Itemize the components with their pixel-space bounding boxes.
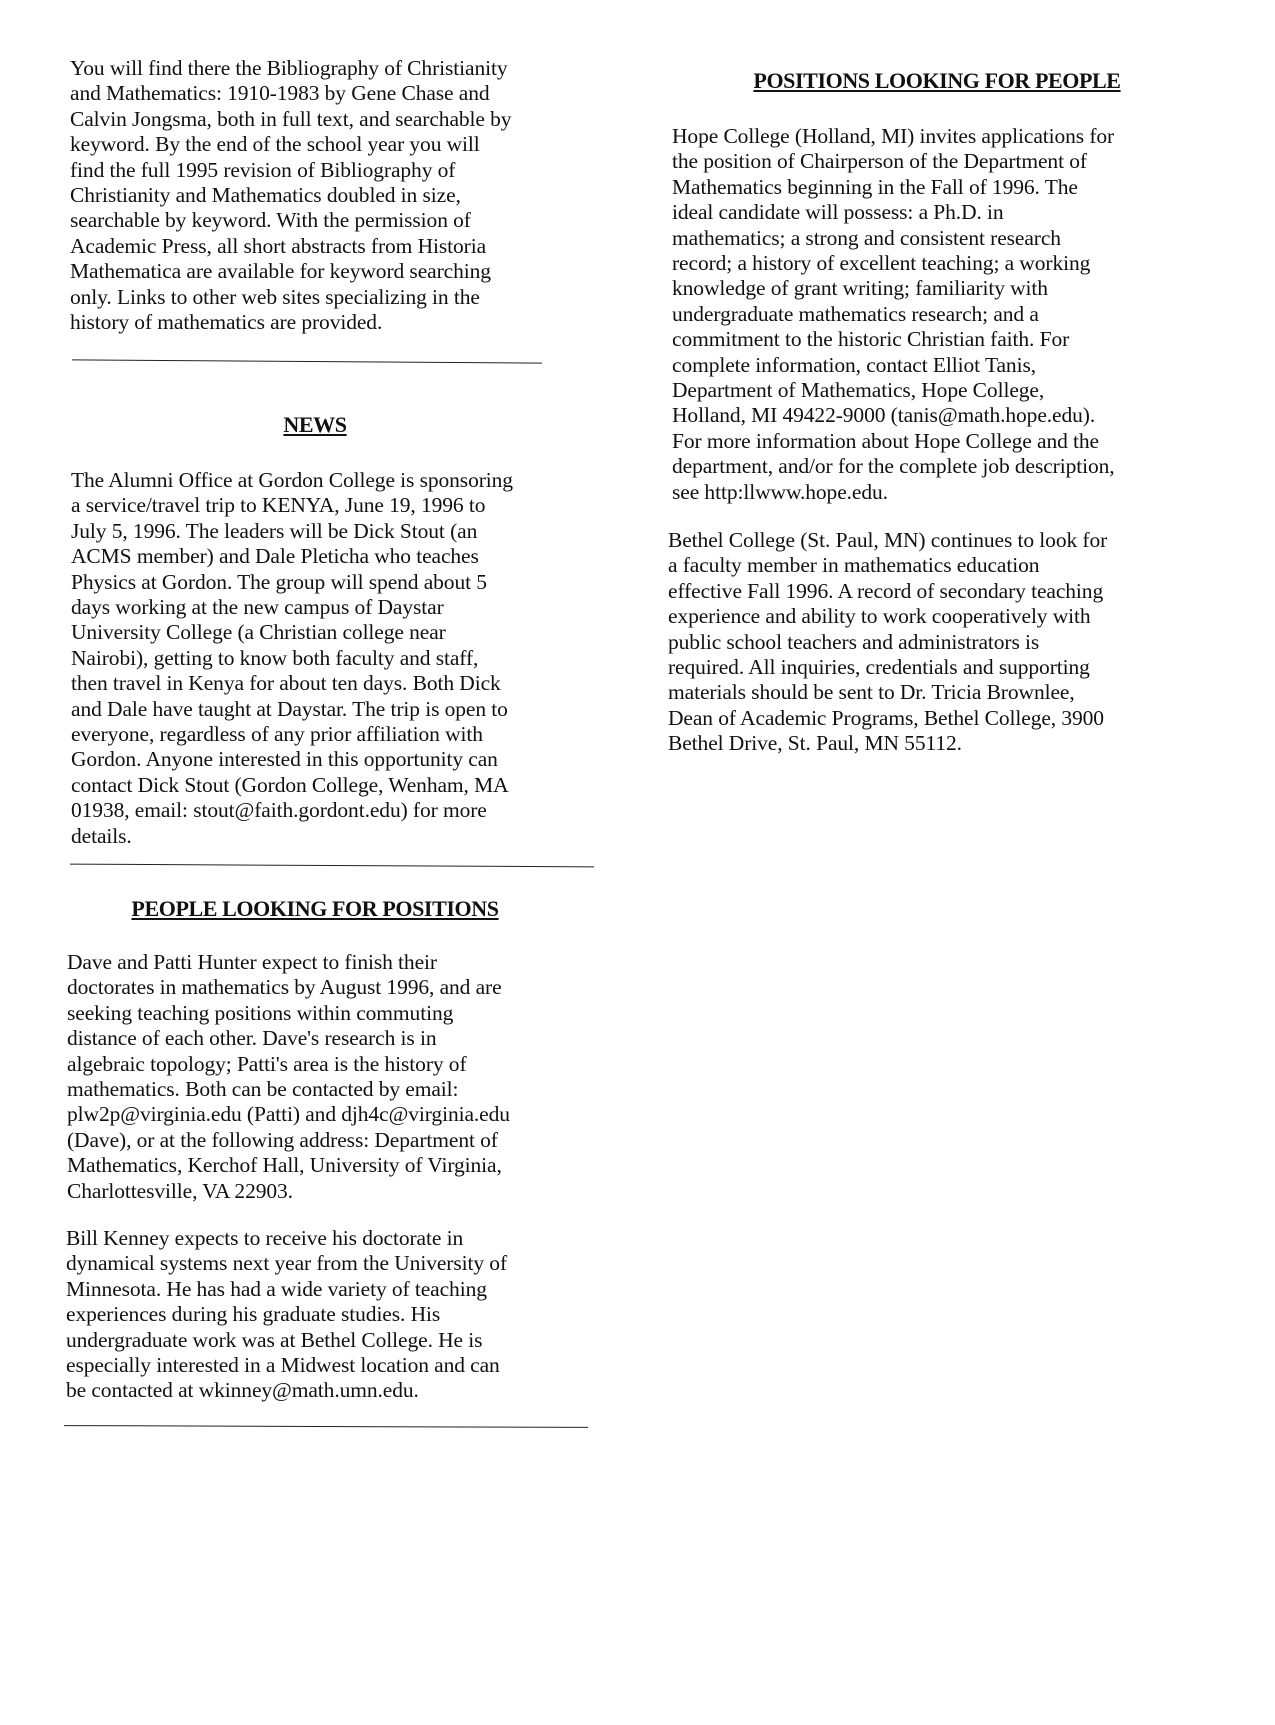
news-paragraph: The Alumni Office at Gordon College is s… <box>71 468 611 849</box>
news-heading: NEWS <box>70 412 560 438</box>
position-entry-bethel-college: Bethel College (St. Paul, MN) continues … <box>668 528 1208 757</box>
position-entry-hope-college: Hope College (Holland, MI) invites appli… <box>672 124 1212 505</box>
section-divider <box>72 359 542 363</box>
section-divider <box>64 1425 588 1428</box>
people-looking-for-positions-heading: PEOPLE LOOKING FOR POSITIONS <box>70 896 560 922</box>
people-entry-hunter: Dave and Patti Hunter expect to finish t… <box>67 950 607 1204</box>
positions-looking-for-people-heading: POSITIONS LOOKING FOR PEOPLE <box>672 68 1202 94</box>
bibliography-intro-paragraph: You will find there the Bibliography of … <box>70 56 610 335</box>
people-entry-kenney: Bill Kenney expects to receive his docto… <box>66 1226 606 1404</box>
section-divider <box>70 864 594 868</box>
